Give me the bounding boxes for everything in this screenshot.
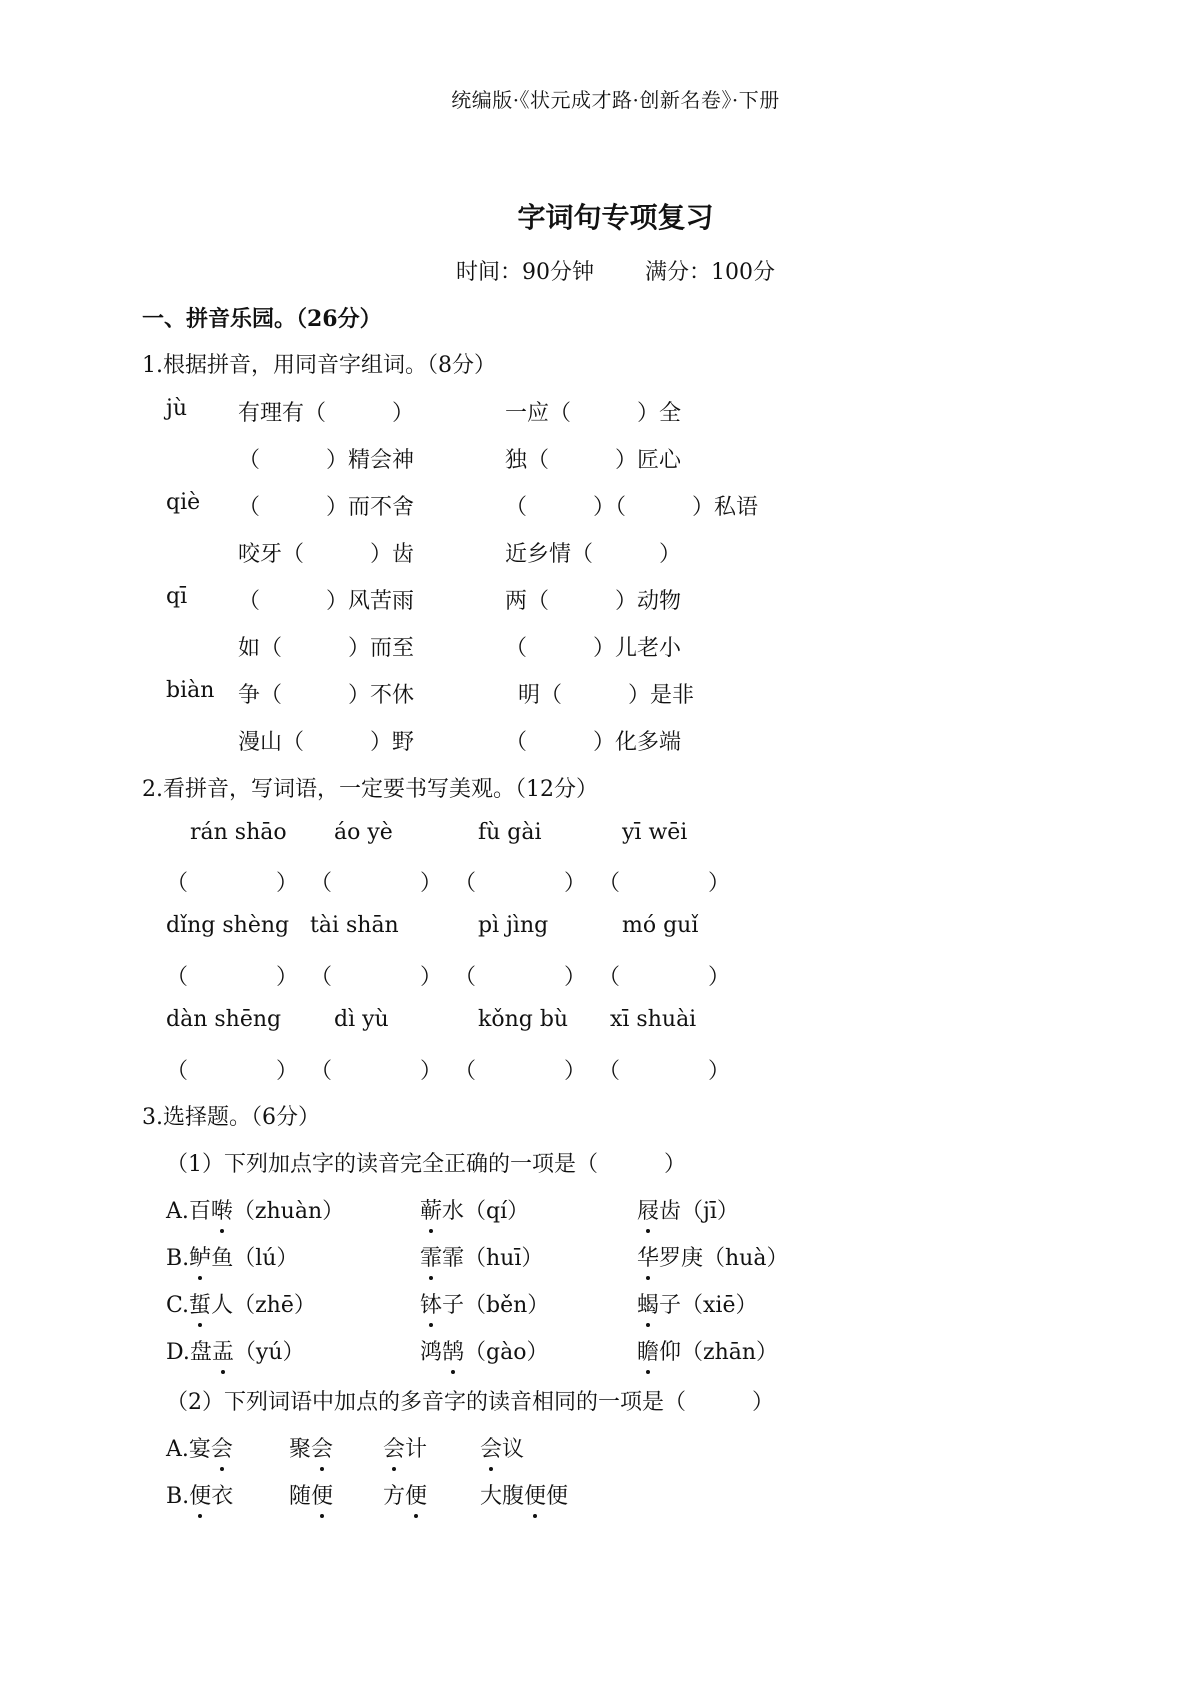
- text: 大腹: [480, 1484, 524, 1509]
- fill-blank-item[interactable]: 有理有（ ）: [238, 396, 414, 427]
- answer-blank[interactable]: （ ）: [310, 866, 442, 897]
- pinyin-word: dàn shēng: [166, 1007, 281, 1032]
- answer-blank[interactable]: （ ）: [454, 1054, 586, 1085]
- option-item: 瞻仰（zhān）: [637, 1335, 778, 1366]
- fill-blank-item[interactable]: （ ）而不舍: [238, 490, 414, 521]
- fill-blank-item[interactable]: （ ）精会神: [238, 443, 414, 474]
- section-heading: 一、拼音乐园。（26分）: [142, 302, 382, 333]
- pinyin-word: kǒng bù: [478, 1007, 568, 1032]
- option-d[interactable]: D.盘盂（yú）: [166, 1335, 305, 1366]
- text: 议: [502, 1437, 524, 1462]
- answer-blank[interactable]: （ ）: [454, 960, 586, 991]
- dotted-char: 便: [405, 1479, 427, 1510]
- text: 罗庚（huà）: [659, 1246, 788, 1271]
- option-item: 鸿鹄（gào）: [420, 1335, 548, 1366]
- option-label: C.: [166, 1293, 189, 1318]
- answer-blank[interactable]: （ ）: [598, 960, 730, 991]
- pinyin-word: yī wēi: [622, 820, 687, 845]
- option-item: 华罗庚（huà）: [637, 1241, 788, 1272]
- answer-blank[interactable]: （ ）: [310, 960, 442, 991]
- option-b[interactable]: B.便衣: [166, 1479, 233, 1510]
- text: 霏（huī）: [442, 1246, 543, 1271]
- answer-blank[interactable]: （ ）: [454, 866, 586, 897]
- answer-blank[interactable]: （ ）: [598, 866, 730, 897]
- dotted-char: 便: [189, 1479, 211, 1510]
- option-label: A.: [166, 1437, 189, 1462]
- answer-blank[interactable]: （ ）: [310, 1054, 442, 1085]
- option-item: 方便: [383, 1479, 427, 1510]
- fill-blank-item[interactable]: （ ）风苦雨: [238, 584, 414, 615]
- dotted-char: 蕲: [420, 1194, 442, 1225]
- text: 随: [289, 1484, 311, 1509]
- option-a[interactable]: A.百啭（zhuàn）: [166, 1194, 344, 1225]
- dotted-char: 霏: [420, 1241, 442, 1272]
- dotted-char: 会: [383, 1432, 405, 1463]
- text: 便: [546, 1484, 568, 1509]
- fill-blank-item[interactable]: 争（ ）不休: [238, 678, 414, 709]
- dotted-char: 鹄: [442, 1335, 464, 1366]
- text: 子（běn）: [442, 1293, 549, 1318]
- question-3-1-prompt: （1）下列加点字的读音完全正确的一项是（ ）: [166, 1147, 686, 1178]
- option-item: 蝎子（xiē）: [637, 1288, 757, 1319]
- fill-blank-item[interactable]: 两（ ）动物: [505, 584, 681, 615]
- dotted-char: 会: [480, 1432, 502, 1463]
- dotted-char: 瞻: [637, 1335, 659, 1366]
- text: 水（qí）: [442, 1199, 529, 1224]
- text: 鸿: [420, 1340, 442, 1365]
- option-b[interactable]: B.鲈鱼（lú）: [166, 1241, 298, 1272]
- page-title: 字词句专项复习: [0, 196, 1191, 236]
- dotted-char: 便: [524, 1479, 546, 1510]
- dotted-char: 蝎: [637, 1288, 659, 1319]
- dotted-char: 钵: [420, 1288, 442, 1319]
- text: 百: [189, 1199, 211, 1224]
- fill-blank-item[interactable]: 一应（ ）全: [505, 396, 681, 427]
- fill-blank-item[interactable]: 漫山（ ）野: [238, 725, 414, 756]
- pinyin-word: áo yè: [334, 820, 393, 845]
- fill-blank-item[interactable]: 明（ ）是非: [518, 678, 694, 709]
- pinyin-label: qiè: [166, 490, 200, 515]
- text: 计: [405, 1437, 427, 1462]
- option-a[interactable]: A.宴会: [166, 1432, 233, 1463]
- text: 仰（zhān）: [659, 1340, 778, 1365]
- option-item: 屐齿（jī）: [637, 1194, 739, 1225]
- text: （yú）: [234, 1340, 305, 1365]
- answer-blank[interactable]: （ ）: [166, 866, 298, 897]
- option-label: B.: [166, 1484, 189, 1509]
- option-c[interactable]: C.蜇人（zhē）: [166, 1288, 316, 1319]
- text: 齿（jī）: [659, 1199, 739, 1224]
- pinyin-word: tài shān: [310, 913, 399, 938]
- exam-meta: 时间：90分钟 满分：100分: [0, 255, 1191, 286]
- fill-blank-item[interactable]: 近乡情（ ）: [505, 537, 681, 568]
- question-1-prompt: 1.根据拼音，用同音字组词。（8分）: [142, 348, 496, 379]
- pinyin-word: pì jìng: [478, 913, 548, 938]
- option-item: 聚会: [289, 1432, 333, 1463]
- option-item: 蕲水（qí）: [420, 1194, 529, 1225]
- option-item: 钵子（běn）: [420, 1288, 549, 1319]
- option-item: 会议: [480, 1432, 524, 1463]
- fill-blank-item[interactable]: 如（ ）而至: [238, 631, 414, 662]
- fill-blank-item[interactable]: 独（ ）匠心: [505, 443, 681, 474]
- option-item: 霏霏（huī）: [420, 1241, 543, 1272]
- text: 宴: [189, 1437, 211, 1462]
- text: （zhuàn）: [233, 1199, 344, 1224]
- dotted-char: 屐: [637, 1194, 659, 1225]
- pinyin-word: rán shāo: [190, 820, 287, 845]
- fill-blank-item[interactable]: （ ）化多端: [505, 725, 681, 756]
- dotted-char: 鲈: [189, 1241, 211, 1272]
- text: 盘: [190, 1340, 212, 1365]
- fill-blank-item[interactable]: 咬牙（ ）齿: [238, 537, 414, 568]
- question-3-prompt: 3.选择题。（6分）: [142, 1100, 320, 1131]
- answer-blank[interactable]: （ ）: [166, 1054, 298, 1085]
- text: 子（xiē）: [659, 1293, 757, 1318]
- question-3-2-prompt: （2）下列词语中加点的多音字的读音相同的一项是（ ）: [166, 1385, 774, 1416]
- answer-blank[interactable]: （ ）: [598, 1054, 730, 1085]
- fill-blank-item[interactable]: （ ）儿老小: [505, 631, 681, 662]
- dotted-char: 盂: [212, 1335, 234, 1366]
- text: 鱼（lú）: [211, 1246, 298, 1271]
- pinyin-word: xī shuài: [610, 1007, 696, 1032]
- text: （gào）: [464, 1340, 548, 1365]
- pinyin-word: dì yù: [334, 1007, 389, 1032]
- pinyin-label: jù: [166, 396, 187, 421]
- option-item: 大腹便便: [480, 1479, 568, 1510]
- fill-blank-item[interactable]: （ ）（ ）私语: [505, 490, 758, 521]
- text: 人（zhē）: [211, 1293, 316, 1318]
- dotted-char: 会: [211, 1432, 233, 1463]
- option-label: B.: [166, 1246, 189, 1271]
- page-header: 统编版·《状元成才路·创新名卷》·下册: [0, 84, 1191, 113]
- dotted-char: 便: [311, 1479, 333, 1510]
- question-2-prompt: 2.看拼音，写词语，一定要书写美观。（12分）: [142, 772, 598, 803]
- pinyin-label: biàn: [166, 678, 214, 703]
- dotted-char: 蜇: [189, 1288, 211, 1319]
- answer-blank[interactable]: （ ）: [166, 960, 298, 991]
- text: 衣: [211, 1484, 233, 1509]
- option-label: A.: [166, 1199, 189, 1224]
- pinyin-word: fù gài: [478, 820, 542, 845]
- pinyin-word: mó guǐ: [622, 913, 698, 938]
- dotted-char: 华: [637, 1241, 659, 1272]
- dotted-char: 啭: [211, 1194, 233, 1225]
- text: 聚: [289, 1437, 311, 1462]
- time-limit: 时间：90分钟: [456, 260, 594, 285]
- option-item: 随便: [289, 1479, 333, 1510]
- pinyin-word: dǐng shèng: [166, 913, 289, 938]
- dotted-char: 会: [311, 1432, 333, 1463]
- option-item: 会计: [383, 1432, 427, 1463]
- full-score: 满分：100分: [645, 260, 775, 285]
- text: 方: [383, 1484, 405, 1509]
- pinyin-label: qī: [166, 584, 187, 609]
- option-label: D.: [166, 1340, 190, 1365]
